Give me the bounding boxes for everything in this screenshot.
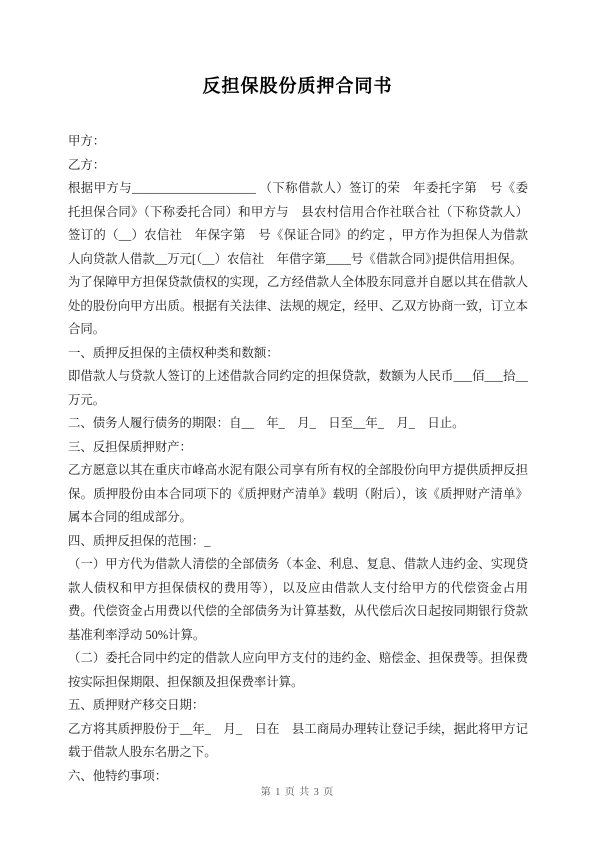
- purpose-paragraph: 为了保障甲方担保贷款债权的实现，乙方经借款人全体股东同意并自愿以其在借款人处的股…: [68, 271, 528, 342]
- party-a-line: 甲方：: [68, 130, 528, 154]
- clause-4-item-1: （一）甲方代为借款人清偿的全部债务（本金、利息、复息、借款人违约金、实现贷款人债…: [68, 553, 528, 647]
- document-body: 甲方： 乙方： 根据甲方与____________________ （下称借款人…: [68, 130, 528, 788]
- document-title: 反担保股份质押合同书: [0, 72, 595, 98]
- preamble-paragraph: 根据甲方与____________________ （下称借款人）签订的荣 年委…: [68, 177, 528, 271]
- clause-4-item-2: （二）委托合同中约定的借款人应向甲方支付的违约金、赔偿金、担保费等。担保费按实际…: [68, 647, 528, 694]
- document-page: 反担保股份质押合同书 甲方： 乙方： 根据甲方与________________…: [0, 0, 595, 841]
- clause-3-heading: 三、反担保质押财产：: [68, 436, 528, 460]
- clause-2-line: 二、债务人履行债务的期限：自__ 年_ 月_ 日至__年_ 月_ 日止。: [68, 412, 528, 436]
- clause-5-heading: 五、质押财产移交日期：: [68, 694, 528, 718]
- page-number-footer: 第 1 页 共 3 页: [0, 783, 595, 798]
- party-b-line: 乙方：: [68, 154, 528, 178]
- clause-1-heading: 一、质押反担保的主债权种类和数额：: [68, 342, 528, 366]
- clause-5-body: 乙方将其质押股份于__年_ 月_ 日在 县工商局办理转让登记手续，据此将甲方记载…: [68, 718, 528, 765]
- clause-1-body: 即借款人与贷款人签订的上述借款合同约定的担保贷款，数额为人民币___佰___拾_…: [68, 365, 528, 412]
- clause-3-body: 乙方愿意以其在重庆市峰高水泥有限公司享有所有权的全部股份向甲方提供质押反担保。质…: [68, 459, 528, 530]
- clause-4-heading: 四、质押反担保的范围：_: [68, 530, 528, 554]
